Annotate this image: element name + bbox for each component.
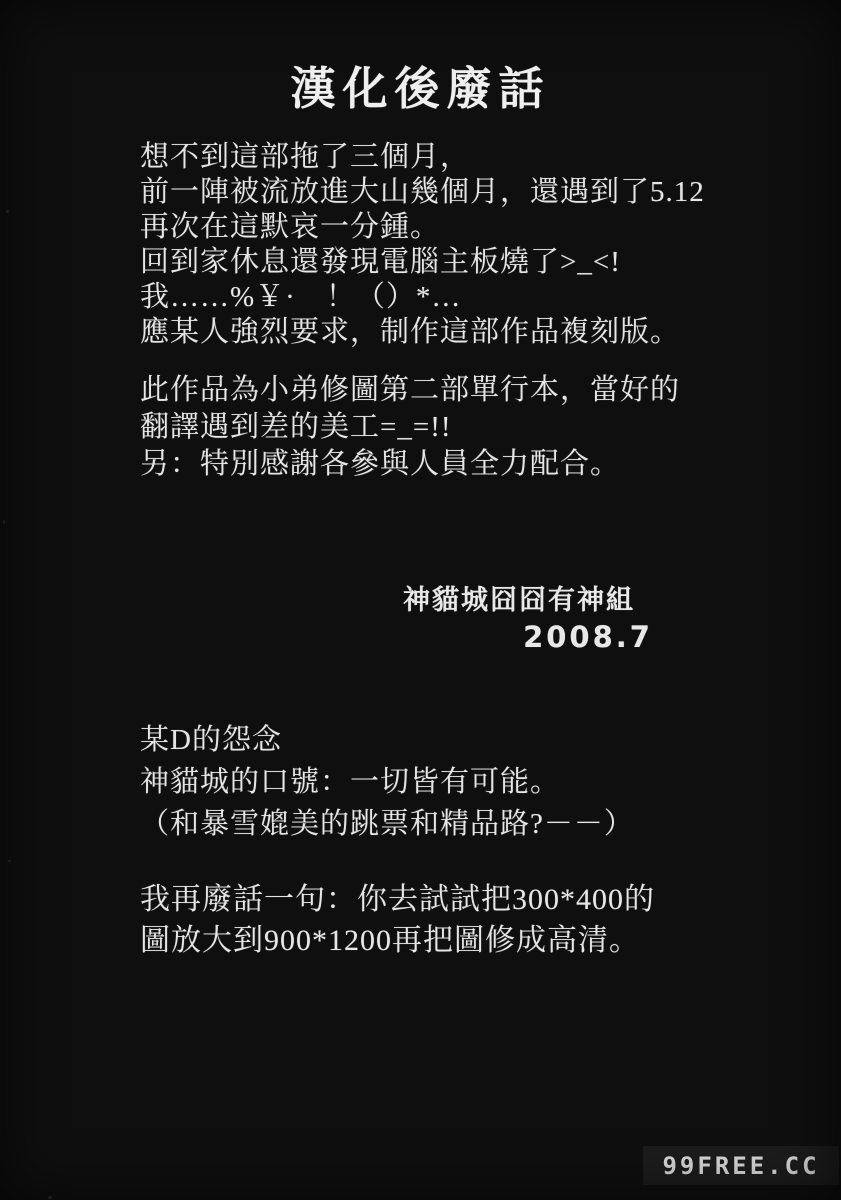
watermark-box: 99FREE.CC: [643, 1146, 839, 1185]
afterword-line: 我再廢話一句：你去試試把300*400的: [140, 879, 655, 920]
scan-speck: [6, 210, 9, 213]
scan-speck: [48, 1196, 52, 1199]
scan-speck: [8, 860, 11, 862]
afterword-line: 想不到這部拖了三個月，: [140, 140, 705, 175]
afterword-line: 前一陣被流放進大山幾個月，還遇到了5.12: [140, 175, 705, 210]
credit-block: 神貓城囧囧有神組 2008.7: [403, 578, 661, 654]
afterword-line: 神貓城的口號：一切皆有可能。: [140, 761, 634, 803]
afterword-line: 翻譯遇到差的美工=_=!!: [140, 409, 680, 446]
afterword-page: 漢化後廢話 想不到這部拖了三個月， 前一陣被流放進大山幾個月，還遇到了5.12 …: [0, 0, 841, 1200]
afterword-line: 另：特別感謝各參與人員全力配合。: [140, 446, 680, 483]
afterword-line: 此作品為小弟修圖第二部單行本，當好的: [140, 372, 680, 409]
afterword-line: 應某人強烈要求，制作這部作品複刻版。: [140, 315, 705, 350]
paragraph-main: 想不到這部拖了三個月， 前一陣被流放進大山幾個月，還遇到了5.12 再次在這默哀…: [140, 140, 705, 350]
afterword-line: 再次在這默哀一分鍾。: [140, 210, 705, 245]
watermark-text: 99FREE.CC: [662, 1152, 819, 1180]
page-title: 漢化後廢話: [0, 52, 841, 117]
scan-speck: [3, 520, 5, 524]
afterword-line: （和暴雪媲美的跳票和精品路?－－）: [140, 803, 634, 845]
paragraph-work-notes: 此作品為小弟修圖第二部單行本，當好的 翻譯遇到差的美工=_=!! 另：特別感謝各…: [140, 372, 680, 483]
afterword-line: 我……%￥· ！（）*…: [140, 280, 705, 315]
afterword-line: 圖放大到900*1200再把圖修成高清。: [140, 920, 655, 961]
paragraph-notes: 某D的怨念 神貓城的口號：一切皆有可能。 （和暴雪媲美的跳票和精品路?－－）: [140, 719, 634, 845]
afterword-line: 回到家休息還發現電腦主板燒了>_<!: [140, 245, 705, 280]
afterword-line: 某D的怨念: [140, 719, 634, 761]
scanlation-group-name: 神貓城囧囧有神組: [403, 578, 661, 617]
credit-date: 2008.7: [403, 620, 661, 654]
paragraph-closing: 我再廢話一句：你去試試把300*400的 圖放大到900*1200再把圖修成高清…: [140, 879, 655, 961]
